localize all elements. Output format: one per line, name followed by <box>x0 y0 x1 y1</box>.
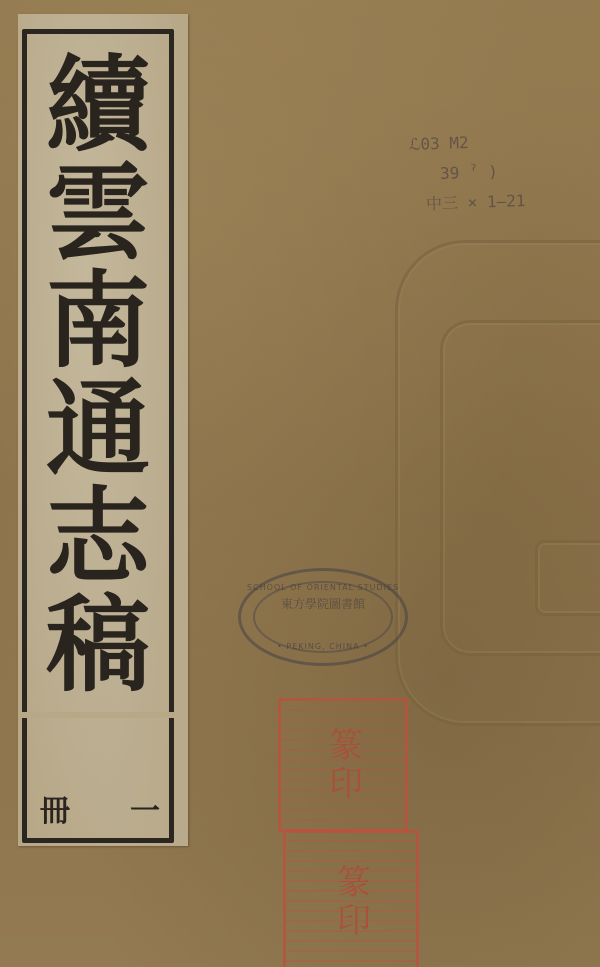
title-char: 稿 <box>46 590 150 698</box>
stamp-chinese-text: 東方學院圖書館 <box>241 597 405 611</box>
book-cover: 續 雲 南 通 志 稿 冊 一 ℒ03 M2 39 ˀ ) 中三 × 1—21 … <box>0 0 600 967</box>
title-char: 志 <box>46 482 150 590</box>
red-seal-lower: 篆印 <box>283 830 419 967</box>
red-seal-upper: 篆印 <box>278 698 408 832</box>
seal-text: 篆印 <box>327 864 376 940</box>
book-title: 續 雲 南 通 志 稿 <box>27 50 169 698</box>
volume-word: 冊 <box>40 786 70 830</box>
seal-text: 篆印 <box>319 727 368 803</box>
stamp-top-text: SCHOOL OF ORIENTAL STUDIES <box>241 583 405 592</box>
title-char: 續 <box>46 50 150 158</box>
handwritten-line: 中三 × 1—21 <box>426 186 526 219</box>
title-char: 通 <box>46 374 150 482</box>
stamp-bottom-text: • PEKING, CHINA • <box>241 642 405 651</box>
handwritten-line: 39 ˀ ) <box>439 156 524 189</box>
handwritten-shelf-mark: ℒ03 M2 39 ˀ ) 中三 × 1—21 <box>408 126 526 220</box>
volume-number: 一 <box>130 786 160 830</box>
handwritten-line: ℒ03 M2 <box>408 126 523 160</box>
frame-gap <box>22 712 174 718</box>
volume-label: 冊 一 <box>40 786 160 830</box>
library-stamp: SCHOOL OF ORIENTAL STUDIES 東方學院圖書館 • PEK… <box>238 568 408 666</box>
title-char: 南 <box>46 266 150 374</box>
title-char: 雲 <box>46 158 150 266</box>
embossed-pattern-block <box>535 540 600 616</box>
